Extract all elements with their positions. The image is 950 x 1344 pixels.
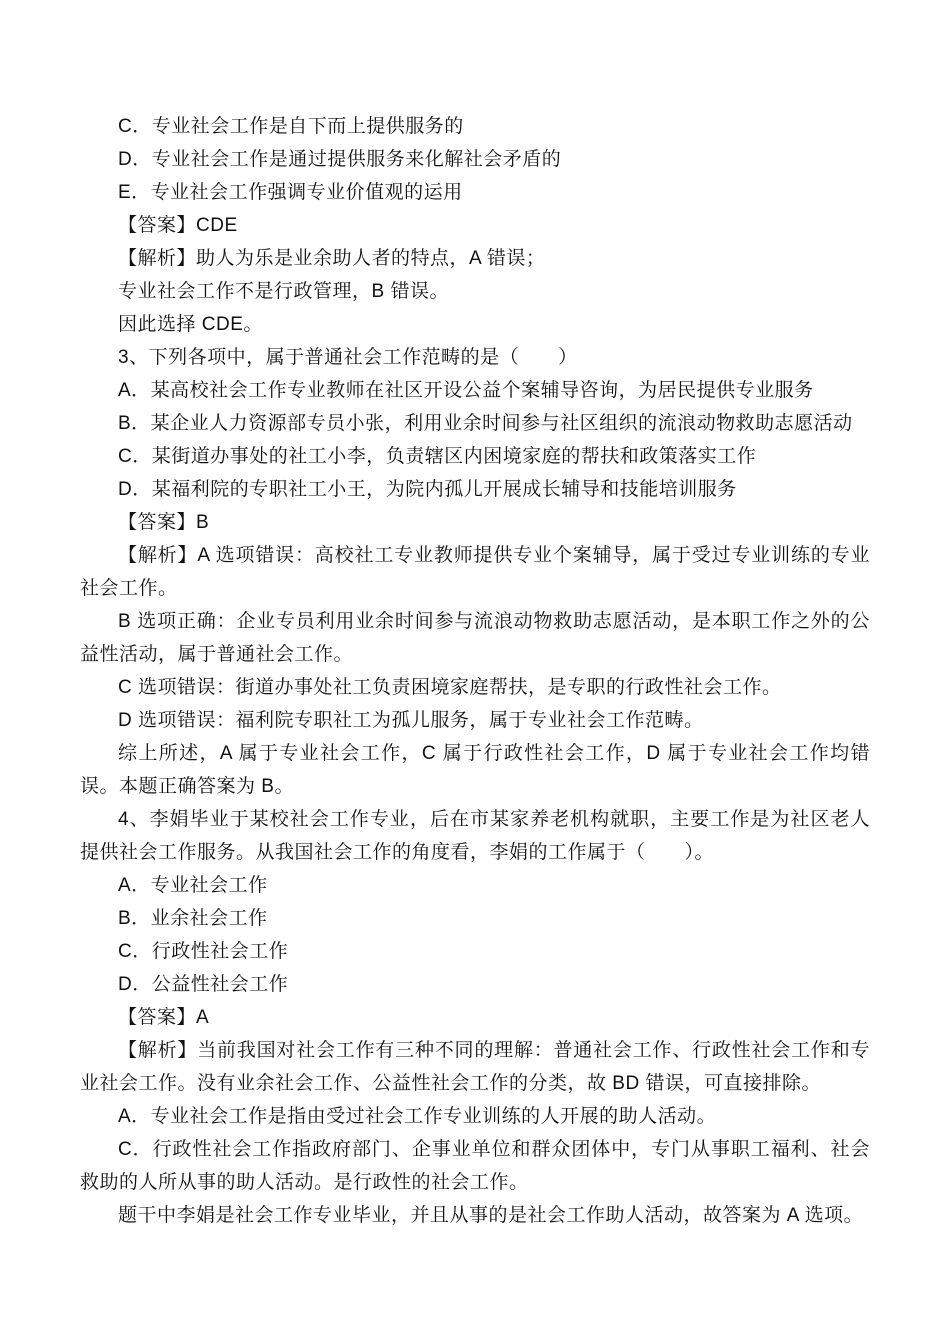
q4-stem: 4、李娟毕业于某校社会工作专业，后在市某家养老机构就职，主要工作是为社区老人提供… (80, 803, 870, 869)
q4-option-a: A．专业社会工作 (80, 869, 870, 902)
q3-option-a: A．某高校社会工作专业教师在社区开设公益个案辅导咨询，为居民提供专业服务 (80, 374, 870, 407)
q2-option-e: E．专业社会工作强调专业价值观的运用 (80, 176, 870, 209)
q4-option-c: C．行政性社会工作 (80, 935, 870, 968)
q3-option-b: B．某企业人力资源部专员小张，利用业余时间参与社区组织的流浪动物救助志愿活动 (80, 407, 870, 440)
q3-explanation-a: 【解析】A 选项错误：高校社工专业教师提供专业个案辅导，属于受过专业训练的专业社… (80, 539, 870, 605)
q2-explanation-line-3: 因此选择 CDE。 (80, 308, 870, 341)
q4-explanation-conclusion: 题干中李娟是社会工作专业毕业，并且从事的是社会工作助人活动，故答案为 A 选项。 (80, 1199, 870, 1232)
document-body: C．专业社会工作是自下而上提供服务的 D．专业社会工作是通过提供服务来化解社会矛… (80, 110, 870, 1232)
q2-answer: 【答案】CDE (80, 209, 870, 242)
q3-option-c: C．某街道办事处的社工小李，负责辖区内困境家庭的帮扶和政策落实工作 (80, 440, 870, 473)
q4-option-b: B．业余社会工作 (80, 902, 870, 935)
q2-option-d: D．专业社会工作是通过提供服务来化解社会矛盾的 (80, 143, 870, 176)
q2-option-c: C．专业社会工作是自下而上提供服务的 (80, 110, 870, 143)
q3-option-d: D．某福利院的专职社工小王，为院内孤儿开展成长辅导和技能培训服务 (80, 473, 870, 506)
q4-explanation-intro: 【解析】当前我国对社会工作有三种不同的理解：普通社会工作、行政性社会工作和专业社… (80, 1034, 870, 1100)
q3-answer: 【答案】B (80, 506, 870, 539)
q4-answer: 【答案】A (80, 1001, 870, 1034)
q3-explanation-c: C 选项错误：街道办事处社工负责困境家庭帮扶，是专职的行政性社会工作。 (80, 671, 870, 704)
document-page: C．专业社会工作是自下而上提供服务的 D．专业社会工作是通过提供服务来化解社会矛… (0, 0, 950, 1344)
q3-explanation-b: B 选项正确：企业专员利用业余时间参与流浪动物救助志愿活动，是本职工作之外的公益… (80, 605, 870, 671)
q4-explanation-c: C．行政性社会工作指政府部门、企事业单位和群众团体中，专门从事职工福利、社会救助… (80, 1133, 870, 1199)
q3-explanation-summary: 综上所述，A 属于专业社会工作，C 属于行政性社会工作，D 属于专业社会工作均错… (80, 737, 870, 803)
q4-explanation-a: A．专业社会工作是指由受过社会工作专业训练的人开展的助人活动。 (80, 1100, 870, 1133)
q3-stem: 3、下列各项中，属于普通社会工作范畴的是（ ） (80, 341, 870, 374)
q4-option-d: D．公益性社会工作 (80, 968, 870, 1001)
q2-explanation-line-2: 专业社会工作不是行政管理，B 错误。 (80, 275, 870, 308)
q2-explanation-line-1: 【解析】助人为乐是业余助人者的特点，A 错误； (80, 242, 870, 275)
q3-explanation-d: D 选项错误：福利院专职社工为孤儿服务，属于专业社会工作范畴。 (80, 704, 870, 737)
